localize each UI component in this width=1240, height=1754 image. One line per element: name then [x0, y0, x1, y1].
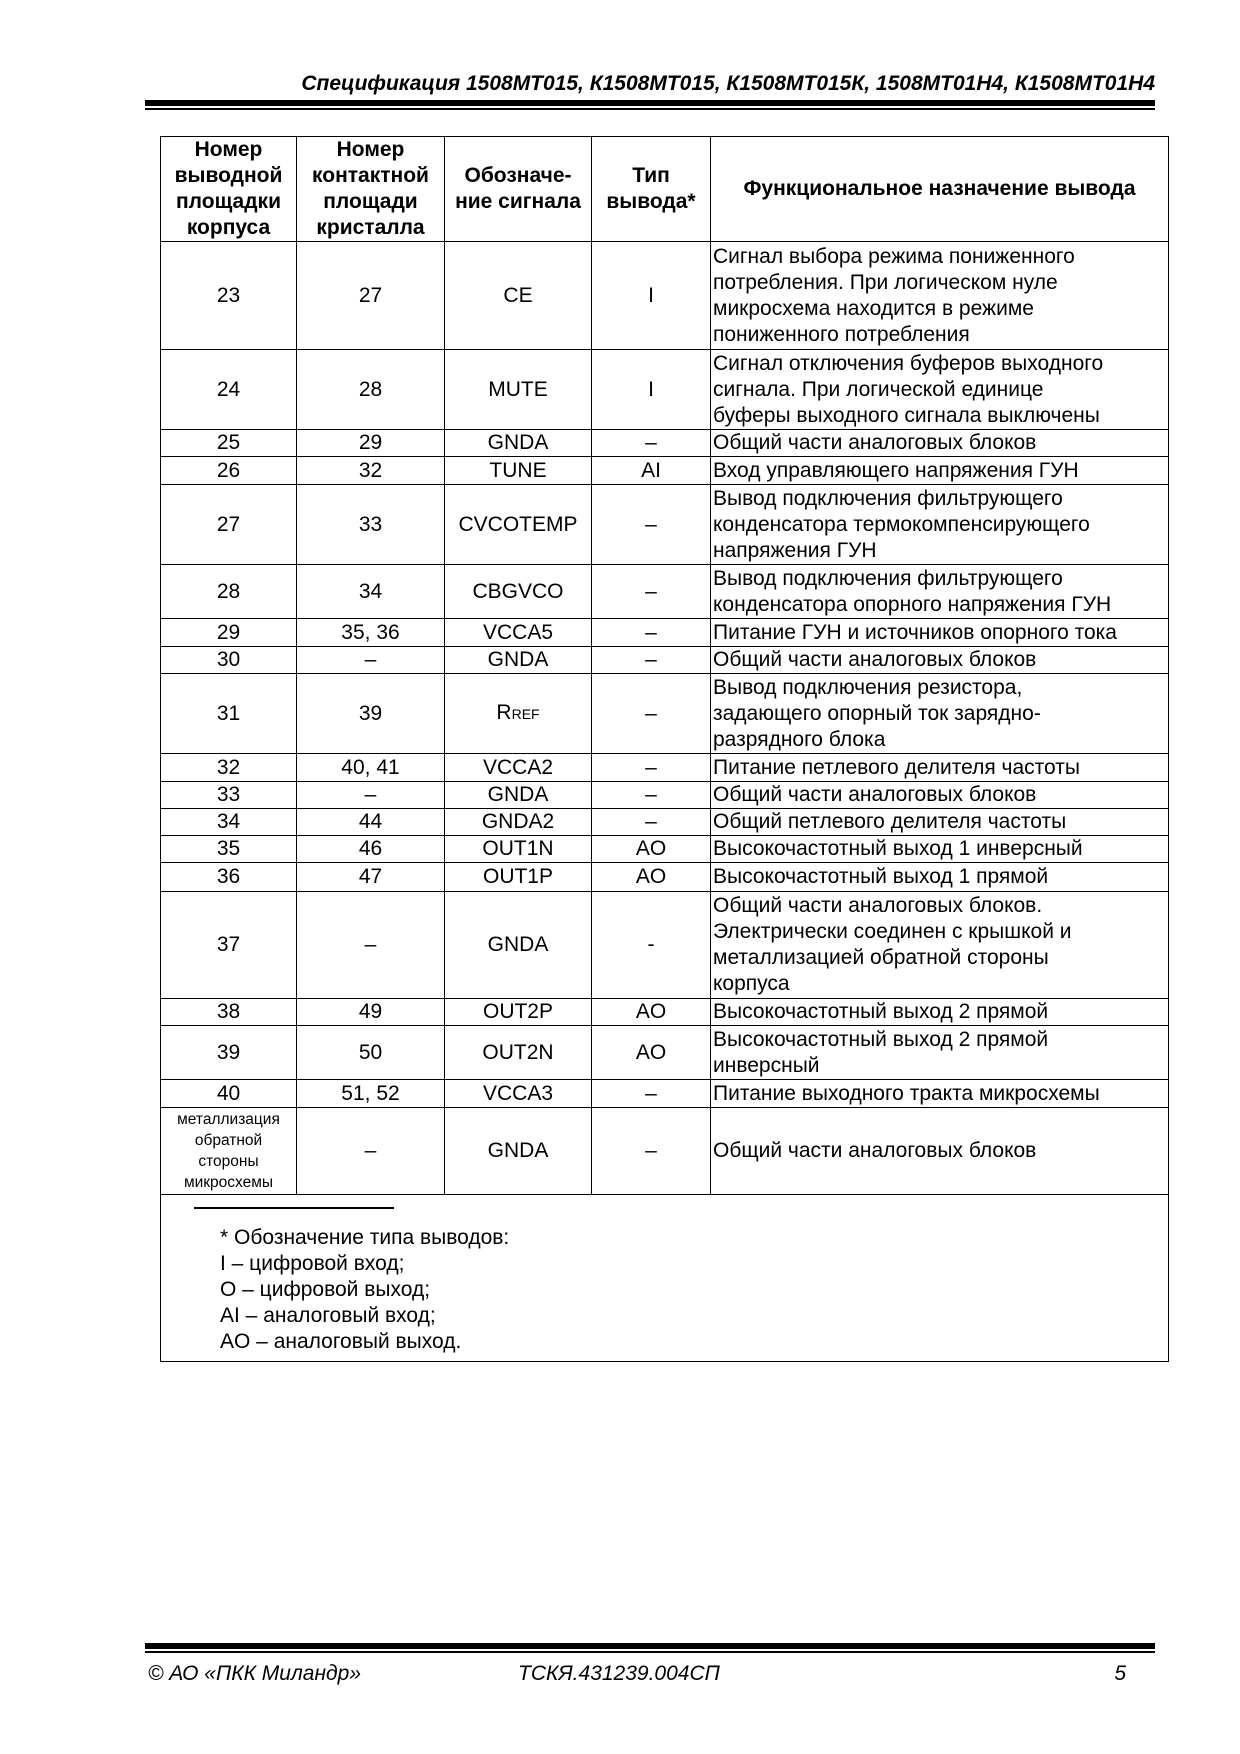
footnote-cell: * Обозначение типа выводов:I – цифровой …	[161, 1195, 1169, 1362]
cell-function: Питание ГУН и источников опорного тока	[711, 619, 1169, 647]
cell-function: Вывод подключения фильтрующегоконденсато…	[711, 485, 1169, 565]
cell-type: –	[592, 1080, 711, 1108]
table-row: металлизацияобратнойсторонымикросхемы–GN…	[161, 1108, 1169, 1195]
cell-signal: GNDA	[445, 782, 592, 809]
table-row: 3950OUT2NAOВысокочастотный выход 2 прямо…	[161, 1026, 1169, 1080]
table-row: 4051, 52VCCA3–Питание выходного тракта м…	[161, 1080, 1169, 1108]
table-row: 2935, 36VCCA5–Питание ГУН и источников о…	[161, 619, 1169, 647]
cell-type: –	[592, 674, 711, 754]
cell-pad: 35	[161, 836, 297, 863]
cell-contact: 28	[297, 350, 445, 430]
cell-pad: 26	[161, 457, 297, 485]
cell-pad: 29	[161, 619, 297, 647]
cell-function: Высокочастотный выход 1 инверсный	[711, 836, 1169, 863]
col-header-signal: Обозначе-ние сигнала	[445, 137, 592, 242]
page-header-title: Спецификация 1508МТ015, К1508МТ015, К150…	[145, 72, 1155, 96]
cell-contact: 44	[297, 809, 445, 836]
cell-function: Питание выходного тракта микросхемы	[711, 1080, 1169, 1108]
cell-pad: 28	[161, 565, 297, 619]
cell-pad: 24	[161, 350, 297, 430]
cell-pad: 27	[161, 485, 297, 565]
cell-type: AO	[592, 863, 711, 892]
cell-function: Высокочастотный выход 1 прямой	[711, 863, 1169, 892]
cell-contact: 51, 52	[297, 1080, 445, 1108]
cell-signal: CVCOTEMP	[445, 485, 592, 565]
table-row: 2632TUNEAIВход управляющего напряжения Г…	[161, 457, 1169, 485]
cell-signal: GNDA	[445, 892, 592, 999]
cell-contact: 46	[297, 836, 445, 863]
cell-signal: VCCA5	[445, 619, 592, 647]
cell-contact: 49	[297, 999, 445, 1026]
footer-page-number: 5	[1114, 1662, 1126, 1686]
cell-contact: 35, 36	[297, 619, 445, 647]
cell-signal: VCCA2	[445, 754, 592, 782]
table-row: 3444GNDA2–Общий петлевого делителя часто…	[161, 809, 1169, 836]
cell-signal: VCCA3	[445, 1080, 592, 1108]
cell-function: Питание петлевого делителя частоты	[711, 754, 1169, 782]
cell-contact: –	[297, 1108, 445, 1195]
cell-type: –	[592, 485, 711, 565]
header-rule-thick	[145, 100, 1155, 106]
cell-pad: 33	[161, 782, 297, 809]
cell-type: –	[592, 430, 711, 457]
cell-pad: 23	[161, 242, 297, 350]
cell-function: Высокочастотный выход 2 прямой	[711, 999, 1169, 1026]
footnote-row: * Обозначение типа выводов:I – цифровой …	[161, 1195, 1169, 1362]
cell-type: –	[592, 647, 711, 674]
table-row: 2428MUTEIСигнал отключения буферов выход…	[161, 350, 1169, 430]
cell-type: –	[592, 782, 711, 809]
cell-pad: металлизацияобратнойсторонымикросхемы	[161, 1108, 297, 1195]
cell-pad: 40	[161, 1080, 297, 1108]
cell-signal: GNDA2	[445, 809, 592, 836]
page-footer: © АО «ПКК Миландр» ТСКЯ.431239.004СП 5	[148, 1662, 1148, 1690]
cell-type: AO	[592, 1026, 711, 1080]
cell-type: –	[592, 565, 711, 619]
cell-function: Высокочастотный выход 2 прямойинверсный	[711, 1026, 1169, 1080]
table-row: 3546OUT1NAOВысокочастотный выход 1 инвер…	[161, 836, 1169, 863]
cell-signal: GNDA	[445, 1108, 592, 1195]
footnote-separator	[194, 1207, 394, 1209]
table-row: 3647OUT1PAOВысокочастотный выход 1 прямо…	[161, 863, 1169, 892]
footer-copyright: © АО «ПКК Миландр»	[148, 1662, 361, 1686]
cell-contact: –	[297, 782, 445, 809]
cell-type: AO	[592, 836, 711, 863]
cell-pad: 37	[161, 892, 297, 999]
table-row: 3139RREF–Вывод подключения резистора,зад…	[161, 674, 1169, 754]
cell-signal: OUT1N	[445, 836, 592, 863]
cell-signal: OUT2P	[445, 999, 592, 1026]
cell-pad: 34	[161, 809, 297, 836]
col-header-function: Функциональное назначение вывода	[711, 137, 1169, 242]
cell-function: Общий части аналоговых блоков	[711, 430, 1169, 457]
cell-function: Вывод подключения резистора,задающего оп…	[711, 674, 1169, 754]
footnote-text: * Обозначение типа выводов:I – цифровой …	[220, 1225, 1168, 1355]
cell-pad: 32	[161, 754, 297, 782]
cell-pad: 31	[161, 674, 297, 754]
cell-signal: CBGVCO	[445, 565, 592, 619]
footer-doc-number: ТСКЯ.431239.004СП	[518, 1662, 720, 1686]
table-row: 2733CVCOTEMP–Вывод подключения фильтрующ…	[161, 485, 1169, 565]
table-row: 37–GNDA-Общий части аналоговых блоков.Эл…	[161, 892, 1169, 999]
cell-function: Общий части аналоговых блоков.Электричес…	[711, 892, 1169, 999]
table-row: 2834CBGVCO–Вывод подключения фильтрующег…	[161, 565, 1169, 619]
cell-type: –	[592, 619, 711, 647]
cell-function: Сигнал выбора режима пониженногопотребле…	[711, 242, 1169, 350]
cell-type: AO	[592, 999, 711, 1026]
cell-contact: –	[297, 647, 445, 674]
cell-signal: GNDA	[445, 647, 592, 674]
cell-contact: 27	[297, 242, 445, 350]
cell-contact: 47	[297, 863, 445, 892]
cell-type: I	[592, 350, 711, 430]
cell-pad: 38	[161, 999, 297, 1026]
cell-function: Общий части аналоговых блоков	[711, 782, 1169, 809]
cell-signal: CE	[445, 242, 592, 350]
cell-type: -	[592, 892, 711, 999]
cell-contact: 34	[297, 565, 445, 619]
cell-pad: 30	[161, 647, 297, 674]
cell-function: Общий петлевого делителя частоты	[711, 809, 1169, 836]
cell-type: –	[592, 1108, 711, 1195]
col-header-contact: Номерконтактнойплощадикристалла	[297, 137, 445, 242]
table-row: 30–GNDA–Общий части аналоговых блоков	[161, 647, 1169, 674]
cell-contact: 40, 41	[297, 754, 445, 782]
table-row: 3240, 41VCCA2–Питание петлевого делителя…	[161, 754, 1169, 782]
footer-rule-thick	[145, 1643, 1155, 1649]
cell-signal: MUTE	[445, 350, 592, 430]
cell-type: I	[592, 242, 711, 350]
cell-function: Сигнал отключения буферов выходногосигна…	[711, 350, 1169, 430]
pin-assignment-table: НомервыводнойплощадкикорпусаНомерконтакт…	[160, 136, 1169, 1362]
cell-pad: 36	[161, 863, 297, 892]
cell-contact: 33	[297, 485, 445, 565]
table-header-row: НомервыводнойплощадкикорпусаНомерконтакт…	[161, 137, 1169, 242]
cell-signal: TUNE	[445, 457, 592, 485]
cell-function: Общий части аналоговых блоков	[711, 647, 1169, 674]
cell-signal: RREF	[445, 674, 592, 754]
cell-type: –	[592, 754, 711, 782]
cell-contact: 32	[297, 457, 445, 485]
cell-function: Вывод подключения фильтрующегоконденсато…	[711, 565, 1169, 619]
cell-signal: OUT1P	[445, 863, 592, 892]
table-row: 3849OUT2PAOВысокочастотный выход 2 прямо…	[161, 999, 1169, 1026]
col-header-pad: Номервыводнойплощадкикорпуса	[161, 137, 297, 242]
cell-type: –	[592, 809, 711, 836]
cell-pad: 25	[161, 430, 297, 457]
table-row: 2327CEIСигнал выбора режима пониженногоп…	[161, 242, 1169, 350]
header-rule-thin	[145, 108, 1155, 110]
footer-rule-thin	[145, 1651, 1155, 1653]
cell-contact: 39	[297, 674, 445, 754]
cell-signal: OUT2N	[445, 1026, 592, 1080]
cell-function: Вход управляющего напряжения ГУН	[711, 457, 1169, 485]
cell-contact: –	[297, 892, 445, 999]
signal-subscript: REF	[512, 706, 540, 722]
cell-contact: 50	[297, 1026, 445, 1080]
cell-signal: GNDA	[445, 430, 592, 457]
cell-type: AI	[592, 457, 711, 485]
cell-function: Общий части аналоговых блоков	[711, 1108, 1169, 1195]
cell-contact: 29	[297, 430, 445, 457]
table-row: 33–GNDA–Общий части аналоговых блоков	[161, 782, 1169, 809]
cell-pad: 39	[161, 1026, 297, 1080]
table-row: 2529GNDA–Общий части аналоговых блоков	[161, 430, 1169, 457]
col-header-type: Типвывода*	[592, 137, 711, 242]
